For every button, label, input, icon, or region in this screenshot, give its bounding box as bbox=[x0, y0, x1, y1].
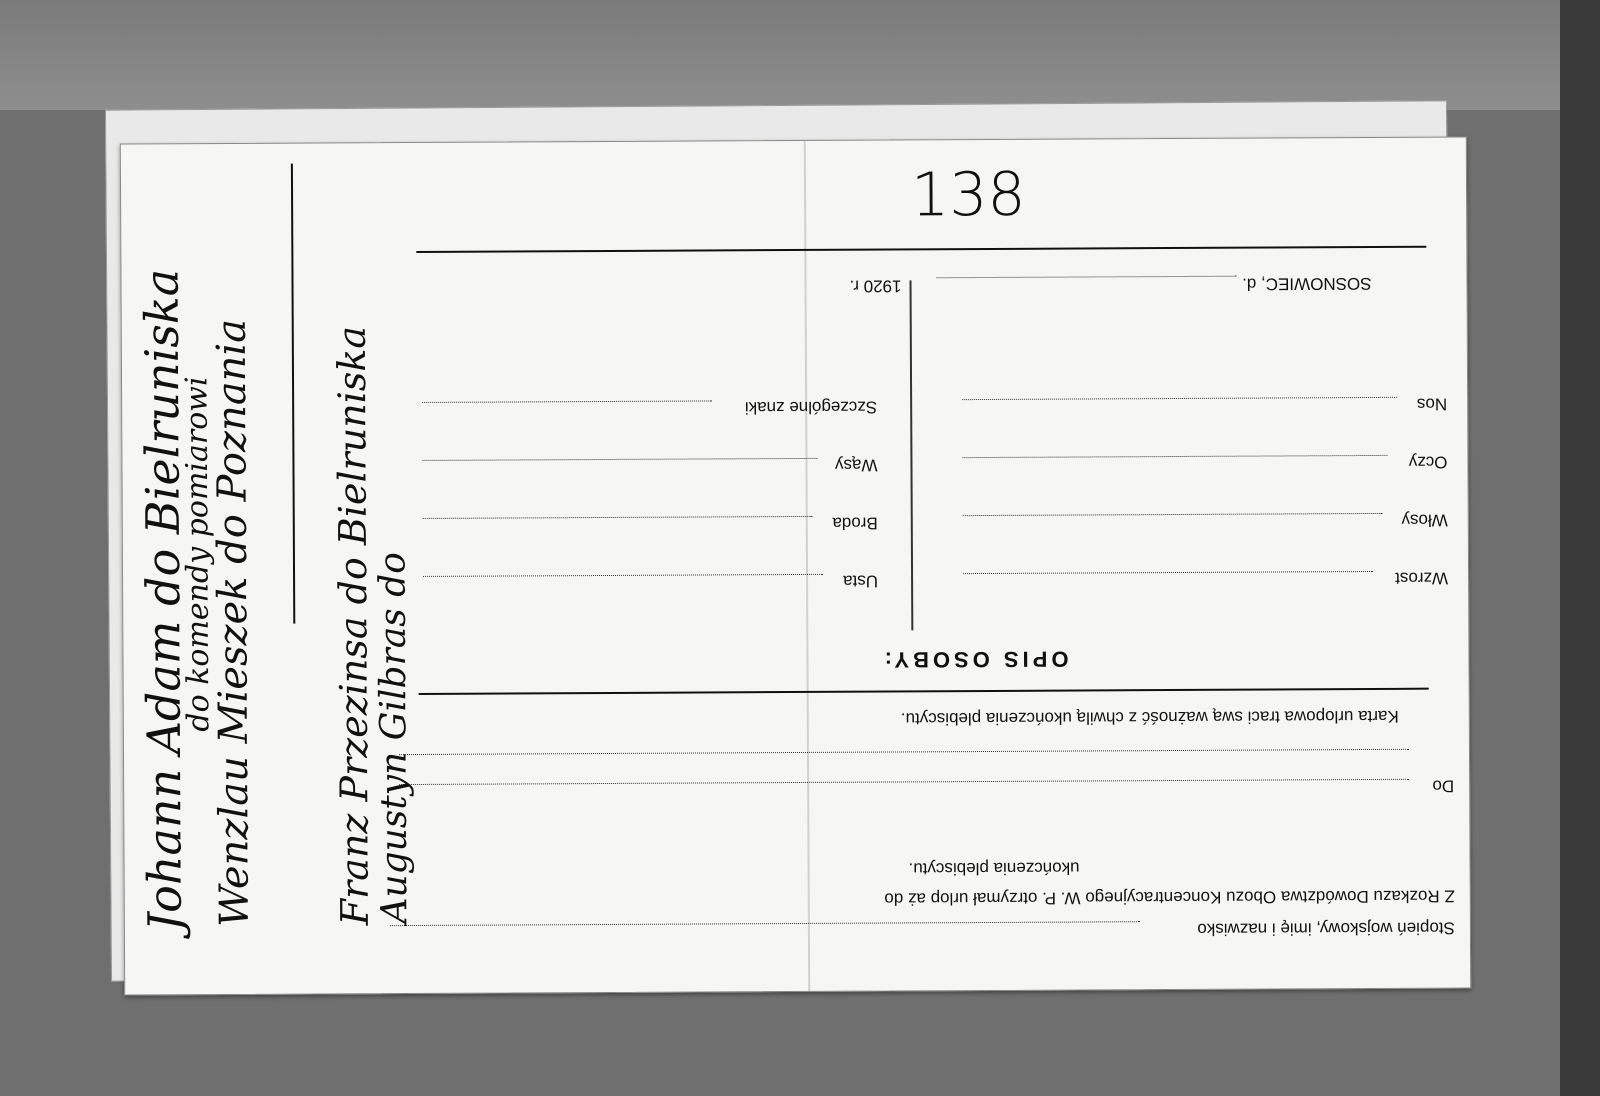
rank-name-line bbox=[390, 921, 1140, 926]
desc-znaki: Szczególne znaki bbox=[745, 397, 877, 418]
to-label: Do bbox=[1432, 776, 1454, 796]
desc-line bbox=[963, 513, 1383, 516]
desc-line bbox=[422, 458, 817, 461]
card-content-rotated: SOSNOWIEC, d. 1920 r. Stopień wojskowy, … bbox=[121, 137, 1470, 994]
scan-background bbox=[0, 0, 1600, 110]
rank-name-label: Stopień wojskowy, imię i nazwisko bbox=[1197, 918, 1455, 939]
desc-wasy: Wąsy bbox=[835, 455, 878, 475]
order-line-2: ukończenia plebiscytu. bbox=[908, 858, 1079, 879]
handwritten-number: 138 bbox=[911, 160, 1026, 231]
desc-line bbox=[962, 455, 1387, 458]
desc-line bbox=[422, 400, 712, 403]
handwritten-note-2: Wenzlau Mieszek do Poznania bbox=[208, 227, 258, 927]
desc-line bbox=[963, 571, 1373, 574]
header-place: SOSNOWIEC, d. bbox=[1242, 273, 1372, 294]
desc-line bbox=[962, 397, 1397, 400]
desc-line bbox=[423, 516, 813, 519]
leave-card: SOSNOWIEC, d. 1920 r. Stopień wojskowy, … bbox=[120, 136, 1471, 995]
desc-usta: Usta bbox=[843, 571, 878, 591]
column-divider bbox=[910, 280, 914, 630]
order-line-1: Z Rozkazu Dowództwa Obozu Koncentracyjne… bbox=[884, 886, 1455, 909]
desc-broda: Broda bbox=[832, 513, 877, 533]
validity-note: Karta urlopowa traci swą ważność z chwil… bbox=[901, 706, 1399, 729]
handwritten-note-5: Augustyn Gilbras do bbox=[371, 224, 416, 924]
to-line-1 bbox=[399, 779, 1409, 785]
section-rule bbox=[419, 688, 1429, 695]
section-title: OPIS OSOBY: bbox=[881, 646, 1069, 673]
desc-oczy: Oczy bbox=[1409, 452, 1448, 472]
scan-edge bbox=[1560, 0, 1600, 1096]
handwritten-note-3: do komendy pomiarowi bbox=[179, 232, 217, 732]
date-dotted-line bbox=[936, 276, 1236, 279]
desc-nos: Nos bbox=[1417, 394, 1447, 414]
to-line-2 bbox=[399, 749, 1409, 755]
desc-wzrost: Wzrost bbox=[1395, 568, 1448, 588]
fold-line bbox=[804, 141, 810, 991]
handwritten-note-4: Franz Przezinsa do Bielruniska bbox=[329, 225, 377, 925]
desc-wlosy: Włosy bbox=[1401, 510, 1447, 530]
header-rule bbox=[416, 246, 1426, 253]
header-year: 1920 r. bbox=[849, 275, 901, 295]
desc-line bbox=[423, 574, 823, 577]
